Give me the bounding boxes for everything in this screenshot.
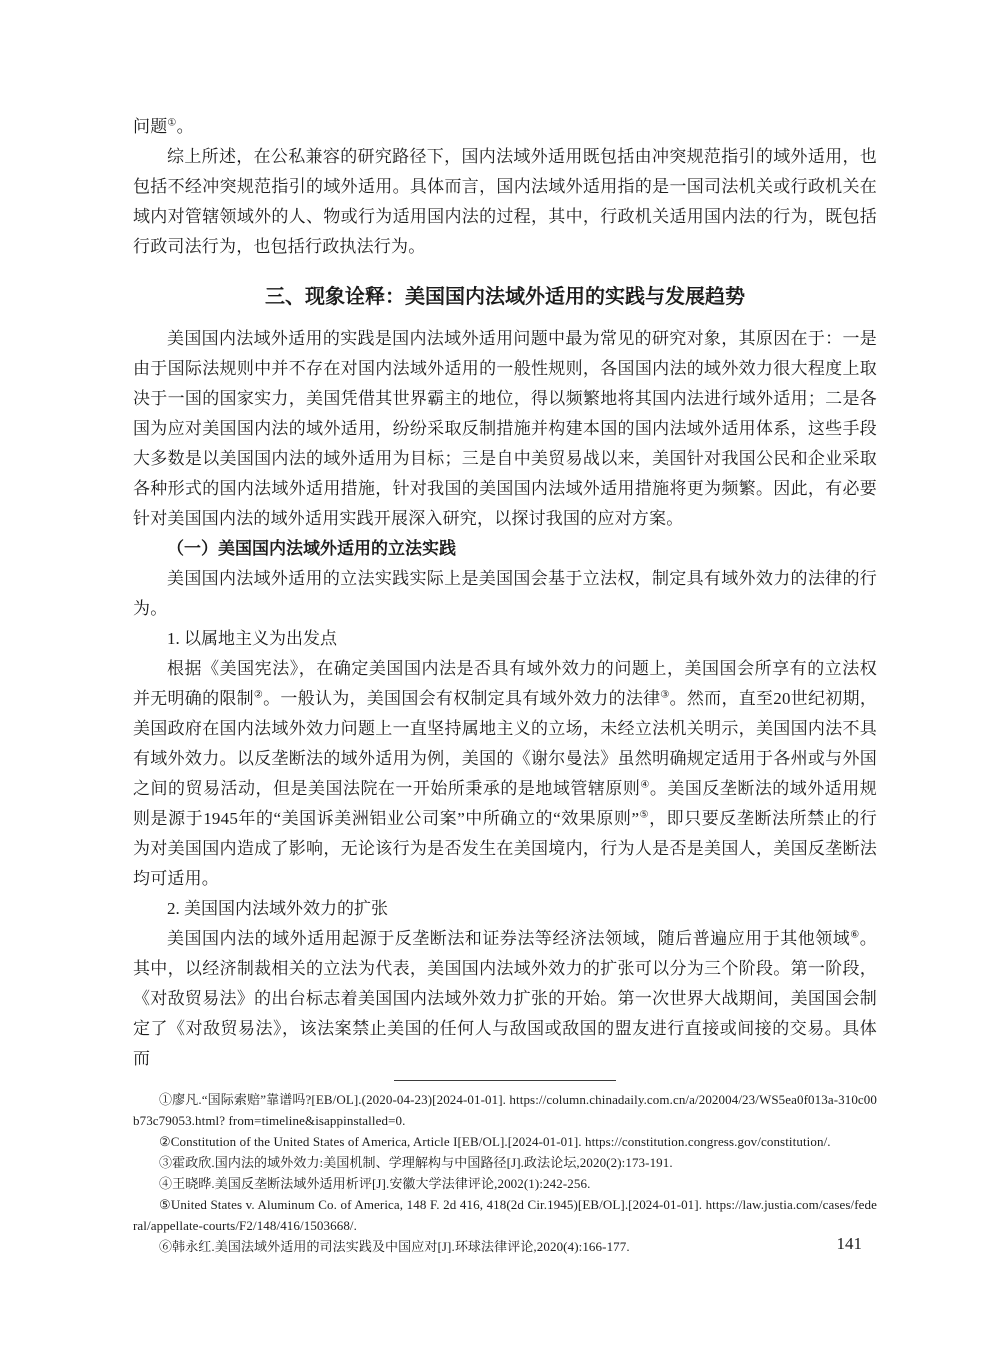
text-run: 问题 bbox=[133, 117, 167, 136]
text-run: 美国国内法域外适用的立法实践实际上是美国国会基于立法权，制定具有域外效力的法律的… bbox=[133, 569, 877, 618]
body-blocks: 问题①。综上所述，在公私兼容的研究路径下，国内法域外适用既包括由冲突规范指引的域… bbox=[133, 112, 877, 1074]
text-column: 问题①。综上所述，在公私兼容的研究路径下，国内法域外适用既包括由冲突规范指引的域… bbox=[133, 112, 877, 1257]
section-heading: 1. 以属地主义为出发点 bbox=[133, 624, 877, 654]
paragraph: 综上所述，在公私兼容的研究路径下，国内法域外适用既包括由冲突规范指引的域外适用，… bbox=[133, 142, 877, 262]
footnote-ref: ① bbox=[167, 117, 176, 128]
section-heading: 三、现象诠释：美国国内法域外适用的实践与发展趋势 bbox=[133, 282, 877, 312]
footnote-item: ①廖凡.“国际索赔”靠谱吗?[EB/OL].(2020-04-23)[2024-… bbox=[133, 1089, 877, 1131]
section-heading: （一）美国国内法域外适用的立法实践 bbox=[133, 534, 877, 564]
paragraph: 问题①。 bbox=[133, 112, 877, 142]
footnote-ref: ⑥ bbox=[850, 929, 860, 940]
text-run: 2. 美国国内法域外效力的扩张 bbox=[167, 899, 388, 918]
text-run: 三、现象诠释：美国国内法域外适用的实践与发展趋势 bbox=[265, 286, 745, 308]
section-heading: 2. 美国国内法域外效力的扩张 bbox=[133, 894, 877, 924]
paragraph: 美国国内法的域外适用起源于反垄断法和证券法等经济法领域，随后普遍应用于其他领域⑥… bbox=[133, 924, 877, 1074]
paragraph: 美国国内法域外适用的立法实践实际上是美国国会基于立法权，制定具有域外效力的法律的… bbox=[133, 564, 877, 624]
text-run: （一）美国国内法域外适用的立法实践 bbox=[167, 539, 456, 558]
footnote-item: ④王晓晔.美国反垄断法域外适用析评[J].安徽大学法律评论,2002(1):24… bbox=[133, 1173, 877, 1194]
footnote-ref: ② bbox=[254, 689, 263, 700]
text-run: 综上所述，在公私兼容的研究路径下，国内法域外适用既包括由冲突规范指引的域外适用，… bbox=[133, 147, 877, 256]
text-run: 美国国内法的域外适用起源于反垄断法和证券法等经济法领域，随后普遍应用于其他领域 bbox=[167, 929, 850, 948]
footnote-item: ⑤United States v. Aluminum Co. of Americ… bbox=[133, 1194, 877, 1236]
page-number: 141 bbox=[837, 1233, 863, 1255]
footnote-ref: ③ bbox=[660, 689, 669, 700]
text-run: 。一般认为，美国国会有权制定具有域外效力的法律 bbox=[263, 689, 660, 708]
footnote-ref: ④ bbox=[640, 779, 649, 790]
text-run: 1. 以属地主义为出发点 bbox=[167, 629, 337, 648]
footnote-item: ②Constitution of the United States of Am… bbox=[133, 1131, 877, 1152]
text-run: 美国国内法域外适用的实践是国内法域外适用问题中最为常见的研究对象，其原因在于：一… bbox=[133, 329, 877, 528]
footnote-item: ⑥韩永红.美国法域外适用的司法实践及中国应对[J].环球法律评论,2020(4)… bbox=[133, 1236, 877, 1257]
footnote-ref: ⑤ bbox=[639, 809, 649, 820]
footnote-item: ③霍政欣.国内法的域外效力:美国机制、学理解构与中国路径[J].政法论坛,202… bbox=[133, 1152, 877, 1173]
document-page: 问题①。综上所述，在公私兼容的研究路径下，国内法域外适用既包括由冲突规范指引的域… bbox=[0, 0, 1000, 1347]
paragraph: 根据《美国宪法》，在确定美国国内法是否具有域外效力的问题上，美国国会所享有的立法… bbox=[133, 654, 877, 894]
footnote-divider bbox=[394, 1080, 616, 1081]
text-run: 。其中，以经济制裁相关的立法为代表，美国国内法域外效力的扩张可以分为三个阶段。第… bbox=[133, 929, 877, 1068]
text-run: 。 bbox=[177, 117, 194, 136]
paragraph: 美国国内法域外适用的实践是国内法域外适用问题中最为常见的研究对象，其原因在于：一… bbox=[133, 324, 877, 534]
footnote-list: ①廖凡.“国际索赔”靠谱吗?[EB/OL].(2020-04-23)[2024-… bbox=[133, 1089, 877, 1257]
